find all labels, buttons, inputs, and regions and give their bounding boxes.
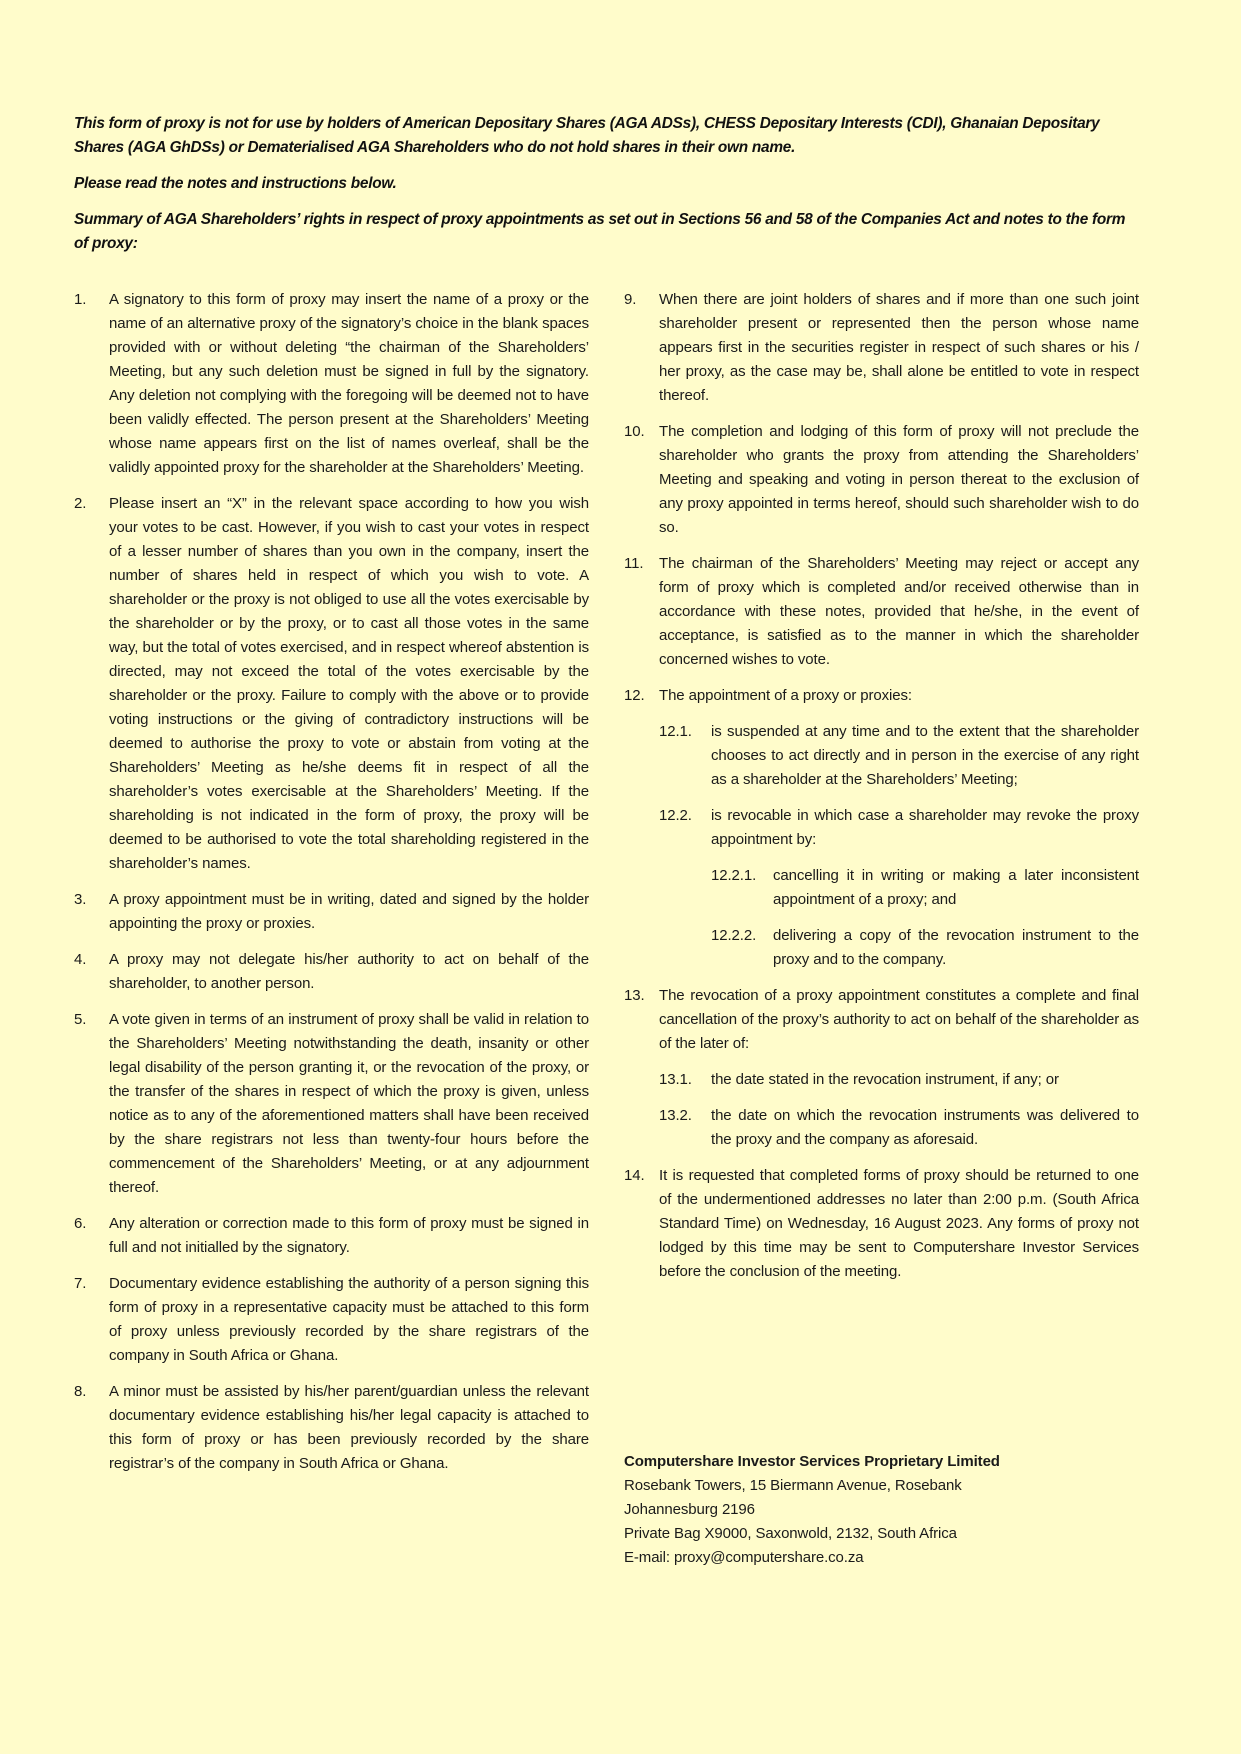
- note-number: 2.: [74, 492, 109, 876]
- note-text: The appointment of a proxy or proxies:: [659, 684, 1139, 708]
- note-body: The revocation of a proxy appointment co…: [659, 984, 1139, 1152]
- note-12-1: 12.1. is suspended at any time and to th…: [659, 720, 1139, 792]
- address-line-3: Private Bag X9000, Saxonwold, 2132, Sout…: [624, 1522, 1000, 1546]
- note-10: 10. The completion and lodging of this f…: [624, 420, 1139, 540]
- note-4: 4. A proxy may not delegate his/her auth…: [74, 948, 589, 996]
- note-number: 13.: [624, 984, 659, 1152]
- note-number: 8.: [74, 1380, 109, 1476]
- subnote-text: the date stated in the revocation instru…: [711, 1068, 1139, 1092]
- note-number: 1.: [74, 288, 109, 480]
- subnote-number: 12.1.: [659, 720, 711, 792]
- note-text: The completion and lodging of this form …: [659, 420, 1139, 540]
- subsubnote-text: cancelling it in writing or making a lat…: [773, 864, 1139, 912]
- note-5: 5. A vote given in terms of an instrumen…: [74, 1008, 589, 1200]
- note-number: 6.: [74, 1212, 109, 1260]
- note-13: 13. The revocation of a proxy appointmen…: [624, 984, 1139, 1152]
- notes-column-left: 1. A signatory to this form of proxy may…: [74, 288, 589, 1488]
- registrar-address: Computershare Investor Services Propriet…: [624, 1450, 1000, 1570]
- note-text: The revocation of a proxy appointment co…: [659, 984, 1139, 1056]
- subnote-text: the date on which the revocation instrum…: [711, 1104, 1139, 1152]
- note-text: The chairman of the Shareholders’ Meetin…: [659, 552, 1139, 672]
- note-6: 6. Any alteration or correction made to …: [74, 1212, 589, 1260]
- subnote-number: 13.2.: [659, 1104, 711, 1152]
- note-body: The appointment of a proxy or proxies: 1…: [659, 684, 1139, 972]
- note-2: 2. Please insert an “X” in the relevant …: [74, 492, 589, 876]
- note-7: 7. Documentary evidence establishing the…: [74, 1272, 589, 1368]
- note-13-2: 13.2. the date on which the revocation i…: [659, 1104, 1139, 1152]
- note-3: 3. A proxy appointment must be in writin…: [74, 888, 589, 936]
- note-12: 12. The appointment of a proxy or proxie…: [624, 684, 1139, 972]
- note-12-2-1: 12.2.1. cancelling it in writing or maki…: [711, 864, 1139, 912]
- subsubnote-text: delivering a copy of the revocation inst…: [773, 924, 1139, 972]
- subnote-text: is revocable in which case a shareholder…: [711, 804, 1139, 852]
- subsubnote-number: 12.2.1.: [711, 864, 773, 912]
- proxy-use-warning: This form of proxy is not for use by hol…: [74, 112, 1140, 160]
- note-number: 5.: [74, 1008, 109, 1200]
- note-text: When there are joint holders of shares a…: [659, 288, 1139, 408]
- subnote-number: 13.1.: [659, 1068, 711, 1092]
- subnote-text: is suspended at any time and to the exte…: [711, 720, 1139, 792]
- note-11: 11. The chairman of the Shareholders’ Me…: [624, 552, 1139, 672]
- note-text: A signatory to this form of proxy may in…: [109, 288, 589, 480]
- note-14: 14. It is requested that completed forms…: [624, 1164, 1139, 1284]
- note-number: 3.: [74, 888, 109, 936]
- note-text: Documentary evidence establishing the au…: [109, 1272, 589, 1368]
- proxy-notes-page: This form of proxy is not for use by hol…: [0, 0, 1241, 1754]
- note-text: A proxy appointment must be in writing, …: [109, 888, 589, 936]
- note-number: 4.: [74, 948, 109, 996]
- note-number: 14.: [624, 1164, 659, 1284]
- note-13-1: 13.1. the date stated in the revocation …: [659, 1068, 1139, 1092]
- note-12-2-2: 12.2.2. delivering a copy of the revocat…: [711, 924, 1139, 972]
- note-number: 9.: [624, 288, 659, 408]
- note-number: 12.: [624, 684, 659, 972]
- address-line-2: Johannesburg 2196: [624, 1498, 1000, 1522]
- registrar-email: E-mail: proxy@computershare.co.za: [624, 1546, 1000, 1570]
- subnote-body: is revocable in which case a shareholder…: [711, 804, 1139, 972]
- note-text: A minor must be assisted by his/her pare…: [109, 1380, 589, 1476]
- note-8: 8. A minor must be assisted by his/her p…: [74, 1380, 589, 1476]
- rights-summary-heading: Summary of AGA Shareholders’ rights in r…: [74, 208, 1140, 256]
- note-12-2: 12.2. is revocable in which case a share…: [659, 804, 1139, 972]
- note-text: Any alteration or correction made to thi…: [109, 1212, 589, 1260]
- registrar-company-name: Computershare Investor Services Propriet…: [624, 1450, 1000, 1474]
- notes-column-right: 9. When there are joint holders of share…: [624, 288, 1139, 1296]
- note-text: A vote given in terms of an instrument o…: [109, 1008, 589, 1200]
- read-notes-instruction: Please read the notes and instructions b…: [74, 172, 1140, 196]
- note-1: 1. A signatory to this form of proxy may…: [74, 288, 589, 480]
- subnote-number: 12.2.: [659, 804, 711, 972]
- note-text: Please insert an “X” in the relevant spa…: [109, 492, 589, 876]
- note-9: 9. When there are joint holders of share…: [624, 288, 1139, 408]
- note-text: It is requested that completed forms of …: [659, 1164, 1139, 1284]
- address-line-1: Rosebank Towers, 15 Biermann Avenue, Ros…: [624, 1474, 1000, 1498]
- subsubnote-number: 12.2.2.: [711, 924, 773, 972]
- note-number: 7.: [74, 1272, 109, 1368]
- note-number: 10.: [624, 420, 659, 540]
- note-number: 11.: [624, 552, 659, 672]
- note-text: A proxy may not delegate his/her authori…: [109, 948, 589, 996]
- intro-section: This form of proxy is not for use by hol…: [74, 112, 1140, 268]
